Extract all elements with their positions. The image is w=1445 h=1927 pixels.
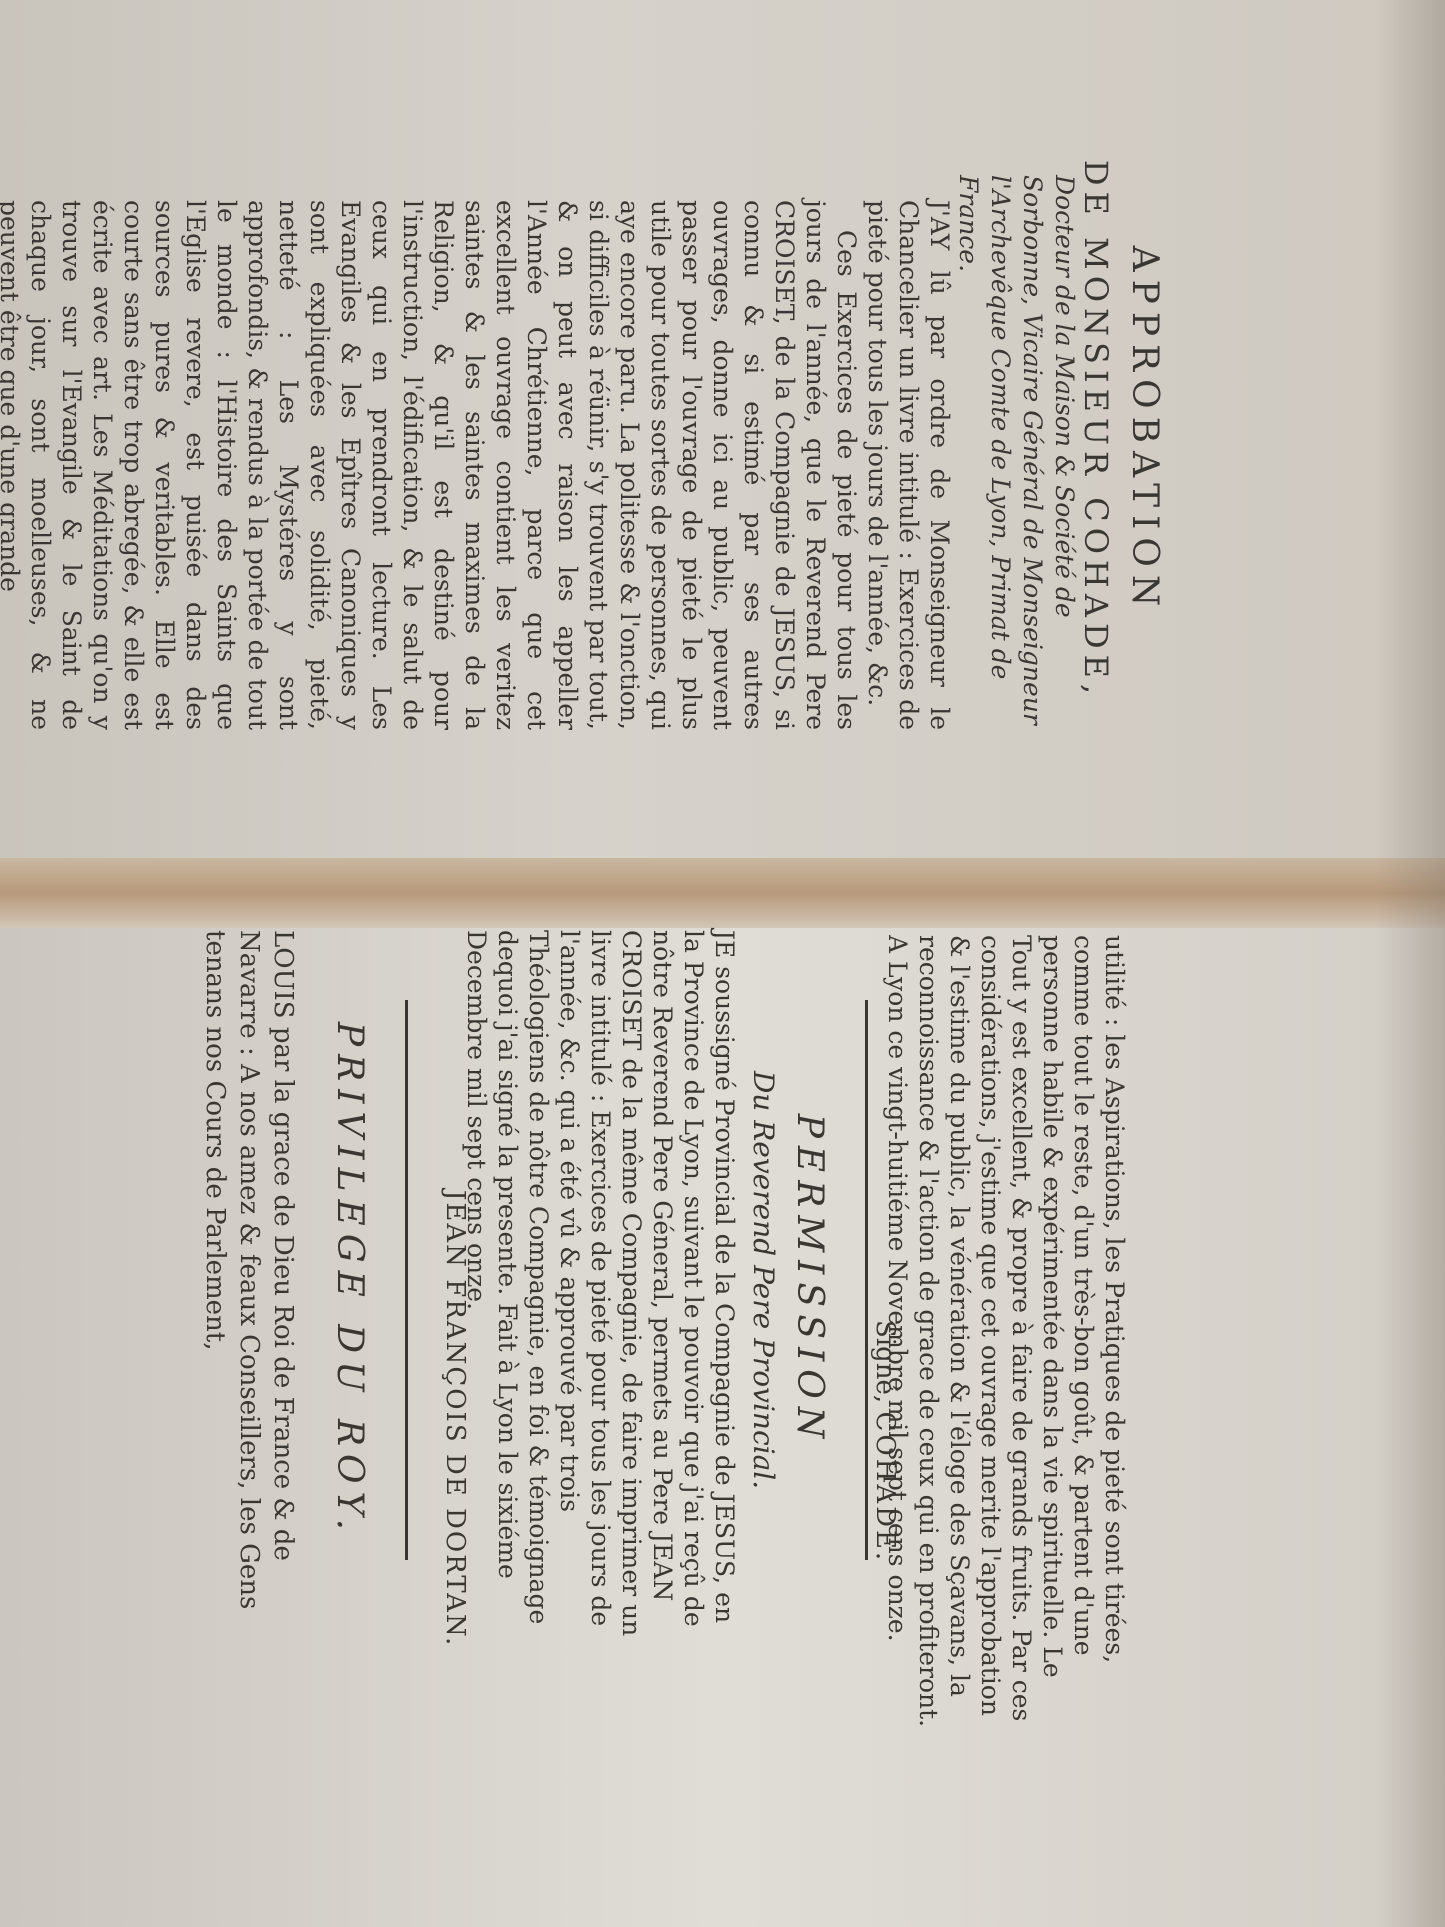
privilege-header: PRIVILEGE DU ROY. [329,1000,370,1560]
divider-rule-1 [865,1000,868,1560]
permission-header: PERMISSION [789,1000,830,1560]
signature-name: COHADE. [870,1411,900,1563]
permission-subheader: Du Reverend Pere Provincial. [747,1000,780,1560]
page-edge-shadow [1375,0,1445,1927]
author-line: DE MONSIEUR COHADE, [1077,150,1115,710]
book-gutter [0,858,1445,928]
signature-label: Signé, [870,1320,900,1403]
privilege-body: LOUIS par la grace de Dieu Roi de France… [198,930,300,1650]
approbation-continuation: utilité : les Aspirations, les Pratiques… [882,935,1130,1735]
approbation-body: J'AY lû par ordre de Monseigneur le Chan… [0,200,955,730]
approbation-paragraph-2: Ces Exercices de pieté pour tous les jou… [0,200,862,730]
divider-rule-2 [405,1000,408,1560]
signature-block: Signé, COHADE. [870,1320,900,1720]
approbation-header: APPROBATION [1124,150,1165,710]
author-title: Docteur de la Maison & Société de Sorbon… [952,175,1080,735]
permission-body: JE soussigné Provincial de la Compagnie … [461,930,740,1650]
permission-signature: JEAN FRANÇOIS DE DORTAN. [440,1190,470,1690]
approbation-paragraph-1: J'AY lû par ordre de Monseigneur le Chan… [862,200,955,730]
